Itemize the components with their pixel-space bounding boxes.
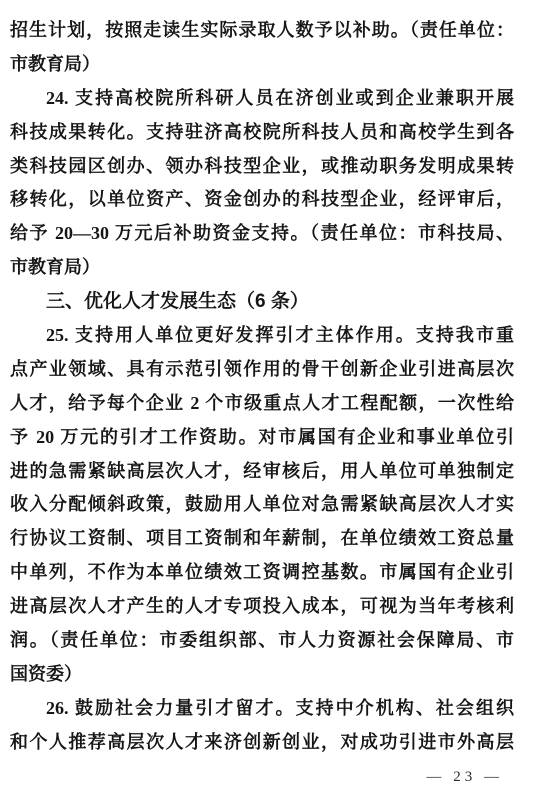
body-line: 国资委） (10, 658, 514, 692)
document-page: 招生计划，按照走读生实际录取人数予以补助。（责任单位： 市教育局） 24. 支持… (0, 0, 536, 793)
body-line: 市教育局） (10, 48, 514, 82)
body-line: 26. 鼓励社会力量引才留才。支持中介机构、社会组织 (10, 692, 514, 726)
body-line: 给予 20—30 万元后补助资金支持。（责任单位：市科技局、 (10, 217, 514, 251)
body-line: 点产业领域、具有示范引领作用的骨干创新企业引进高层次 (10, 353, 514, 387)
body-line: 进高层次人才产生的人才专项投入成本，可视为当年考核利 (10, 590, 514, 624)
body-line: 科技成果转化。支持驻济高校院所科技人员和高校学生到各 (10, 116, 514, 150)
body-line: 市教育局） (10, 251, 514, 285)
body-line: 予 20 万元的引才工作资助。对市属国有企业和事业单位引 (10, 421, 514, 455)
text-block: 招生计划，按照走读生实际录取人数予以补助。（责任单位： 市教育局） 24. 支持… (10, 14, 514, 760)
body-line: 类科技园区创办、领办科技型企业，或推动职务发明成果转 (10, 150, 514, 184)
body-line: 润。（责任单位：市委组织部、市人力资源社会保障局、市 (10, 624, 514, 658)
body-line: 招生计划，按照走读生实际录取人数予以补助。（责任单位： (10, 14, 514, 48)
section-heading: 三、优化人才发展生态（6 条） (10, 285, 514, 319)
body-line: 移转化，以单位资产、资金创办的科技型企业，经评审后， (10, 183, 514, 217)
body-line: 25. 支持用人单位更好发挥引才主体作用。支持我市重 (10, 319, 514, 353)
body-line: 行协议工资制、项目工资制和年薪制，在单位绩效工资总量 (10, 522, 514, 556)
body-line: 中单列，不作为本单位绩效工资调控基数。市属国有企业引 (10, 556, 514, 590)
page-number: — 23 — (427, 769, 504, 786)
body-line: 人才，给予每个企业 2 个市级重点人才工程配额，一次性给 (10, 387, 514, 421)
body-line: 24. 支持高校院所科研人员在济创业或到企业兼职开展 (10, 82, 514, 116)
body-line: 和个人推荐高层次人才来济创新创业，对成功引进市外高层 (10, 726, 514, 760)
body-line: 收入分配倾斜政策，鼓励用人单位对急需紧缺高层次人才实 (10, 488, 514, 522)
body-line: 进的急需紧缺高层次人才，经审核后，用人单位可单独制定 (10, 455, 514, 489)
